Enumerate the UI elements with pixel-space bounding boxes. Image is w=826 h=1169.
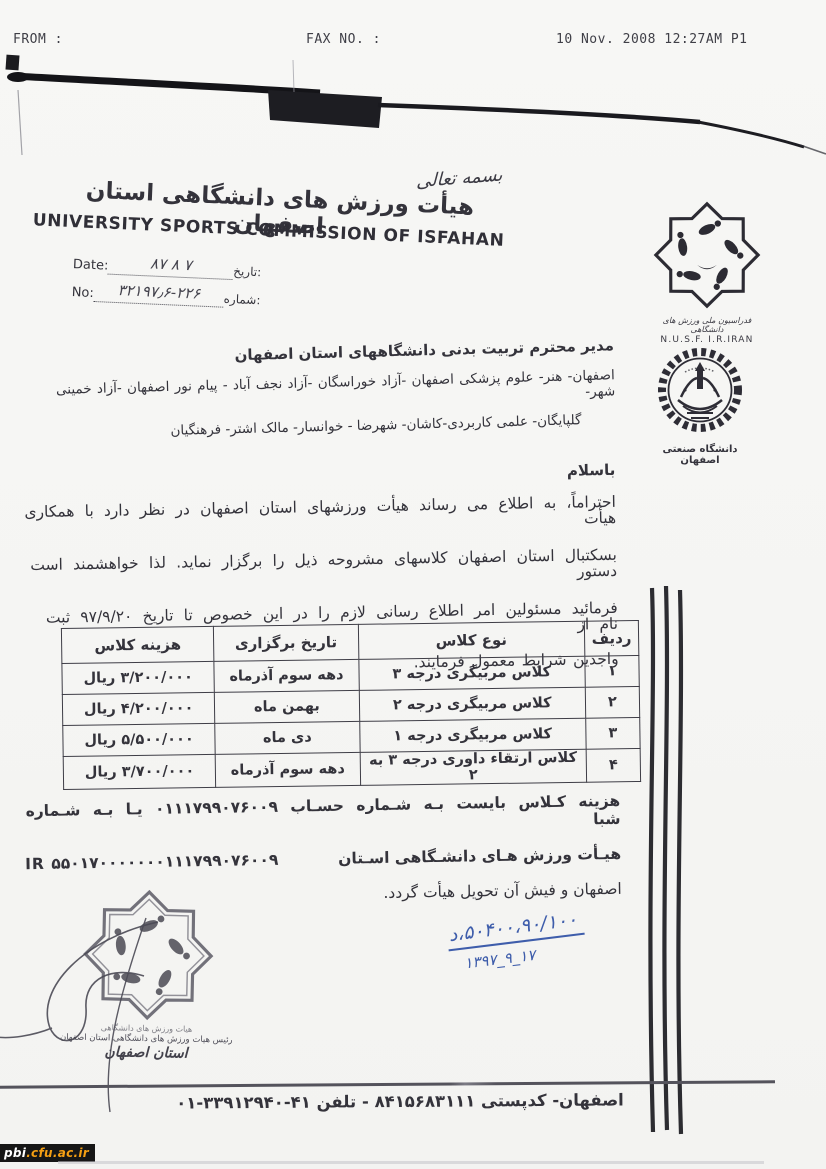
scanned-fax-page: FROM : FAX NO. : 10 Nov. 2008 12:27AM P1… bbox=[0, 0, 826, 1169]
signature-scribble bbox=[0, 880, 260, 1125]
recipient-line1: مدیر محترم تربیت بدنی دانشگاههای استان ا… bbox=[24, 336, 614, 369]
recipient-block: مدیر محترم تربیت بدنی دانشگاههای استان ا… bbox=[24, 336, 616, 442]
cell-class-type: کلاس مربیگری درجه ۱ bbox=[359, 718, 586, 752]
cell-cost: ۳/۲۰۰/۰۰۰ ریال bbox=[62, 661, 215, 694]
fax-number-label: FAX NO. : bbox=[306, 32, 381, 47]
cell-row-no: ۲ bbox=[585, 686, 640, 718]
date-handwritten-value: ۸۷ ۸ ۷ bbox=[150, 254, 193, 274]
cell-row-no: ۱ bbox=[585, 655, 640, 687]
bismillah-script: بسمه تعالی bbox=[416, 164, 503, 192]
date-dotted-line: ۸۷ ۸ ۷ bbox=[108, 256, 234, 280]
iut-gear-icon bbox=[645, 342, 755, 442]
recipient-line3: گلپایگان- علمی کاربردی-کاشان- شهرضا - خو… bbox=[136, 411, 616, 440]
payment-line2-text: هیـأت ورزش هـای دانشـگاهی اسـتان bbox=[338, 845, 621, 868]
fax-timestamp: 10 Nov. 2008 12:27AM P1 bbox=[556, 32, 748, 47]
cell-class-type: کلاس مربیگری درجه ۲ bbox=[359, 687, 586, 721]
cell-date: دهه سوم آذرماه bbox=[215, 752, 360, 787]
fees-table-wrap: ردیف نوع کلاس تاریخ برگزاری هزینه کلاس ۱… bbox=[61, 620, 641, 790]
cell-cost: ۳/۷۰۰/۰۰۰ ریال bbox=[63, 754, 216, 789]
date-label-en: Date: bbox=[73, 257, 109, 274]
date-label-fa: :تاریخ bbox=[233, 264, 262, 279]
watermark-suffix: .cfu.ac.ir bbox=[26, 1146, 89, 1160]
payment-line1: هزینه کـلاس بایست بـه شـماره حسـاب ۰۱۱۱۷… bbox=[24, 792, 621, 838]
recipient-line2: اصفهان- هنر- علوم پزشکی اصفهان -آزاد خور… bbox=[25, 367, 616, 414]
salutation: باسلام bbox=[23, 461, 615, 489]
scan-artifact-vertical-lines bbox=[640, 582, 700, 1138]
nusf-caption-farsi: فدراسیون ملی ورزش های دانشگاهی bbox=[648, 316, 766, 334]
letterhead: بسمه تعالی هیأت ورزش های دانشگاهی استان … bbox=[25, 149, 532, 341]
cell-class-type: کلاس ارتقاء داوری درجه ۳ به ۲ bbox=[360, 749, 587, 785]
scan-artifact-bottom-streak bbox=[58, 1161, 764, 1164]
col-header-row-no: ردیف bbox=[584, 620, 639, 656]
number-handwritten-value: ۳۲۱۹۷٫۶-۲۲۶ bbox=[117, 281, 201, 303]
col-header-cost: هزینه کلاس bbox=[61, 626, 214, 663]
handwritten-annotation: د،۵۰۴۰۰،۹۰/۱۰۰ ۱۳۹۷_۹_۱۷ bbox=[445, 908, 587, 974]
payment-line2: IR ۵۵۰۱۷۰۰۰۰۰۰۰۱۱۱۷۹۹۰۷۶۰۰۹ هیـأت ورزش ه… bbox=[25, 845, 621, 873]
fax-from-label: FROM : bbox=[13, 32, 63, 47]
cell-row-no: ۴ bbox=[586, 748, 641, 782]
cell-cost: ۴/۲۰۰/۰۰۰ ریال bbox=[62, 692, 215, 725]
cell-cost: ۵/۵۰۰/۰۰۰ ریال bbox=[63, 723, 216, 756]
table-row: ۴ کلاس ارتقاء داوری درجه ۳ به ۲ دهه سوم … bbox=[63, 748, 640, 789]
cell-class-type: کلاس مربیگری درجه ۳ bbox=[358, 656, 585, 690]
watermark-prefix: pbi bbox=[4, 1146, 26, 1160]
body-line2: بسکتبال استان اصفهان کلاسهای مشروحه ذیل … bbox=[25, 548, 617, 589]
fees-table: ردیف نوع کلاس تاریخ برگزاری هزینه کلاس ۱… bbox=[61, 620, 641, 790]
cell-date: بهمن ماه bbox=[215, 690, 360, 723]
number-label-en: No: bbox=[71, 285, 94, 301]
cell-row-no: ۳ bbox=[586, 717, 641, 749]
iut-caption-farsi: دانشگاه صنعتی اصفهان bbox=[645, 444, 755, 466]
nusf-logo: فدراسیون ملی ورزش های دانشگاهی N.U.S.F. … bbox=[648, 194, 766, 345]
col-header-date: تاریخ برگزاری bbox=[214, 624, 359, 661]
body-line1: احتراماً، به اطلاع می رساند هیأت ورزشهای… bbox=[24, 495, 616, 536]
cell-date: دی ماه bbox=[215, 721, 360, 754]
iban-number: IR ۵۵۰۱۷۰۰۰۰۰۰۰۱۱۱۷۹۹۰۷۶۰۰۹ bbox=[25, 851, 278, 873]
nusf-star-icon bbox=[648, 194, 766, 316]
cell-date: دهه سوم آذرماه bbox=[214, 659, 359, 692]
number-row: No:۳۲۱۹۷٫۶-۲۲۶:شماره bbox=[71, 282, 260, 309]
iut-logo: دانشگاه صنعتی اصفهان bbox=[645, 342, 755, 466]
date-row: Date:۸۷ ۸ ۷:تاریخ bbox=[73, 254, 262, 281]
number-label-fa: :شماره bbox=[223, 292, 260, 308]
site-watermark: pbi.cfu.ac.ir bbox=[0, 1144, 95, 1162]
number-dotted-line: ۳۲۱۹۷٫۶-۲۲۶ bbox=[93, 283, 224, 308]
col-header-class-type: نوع کلاس bbox=[358, 621, 585, 659]
